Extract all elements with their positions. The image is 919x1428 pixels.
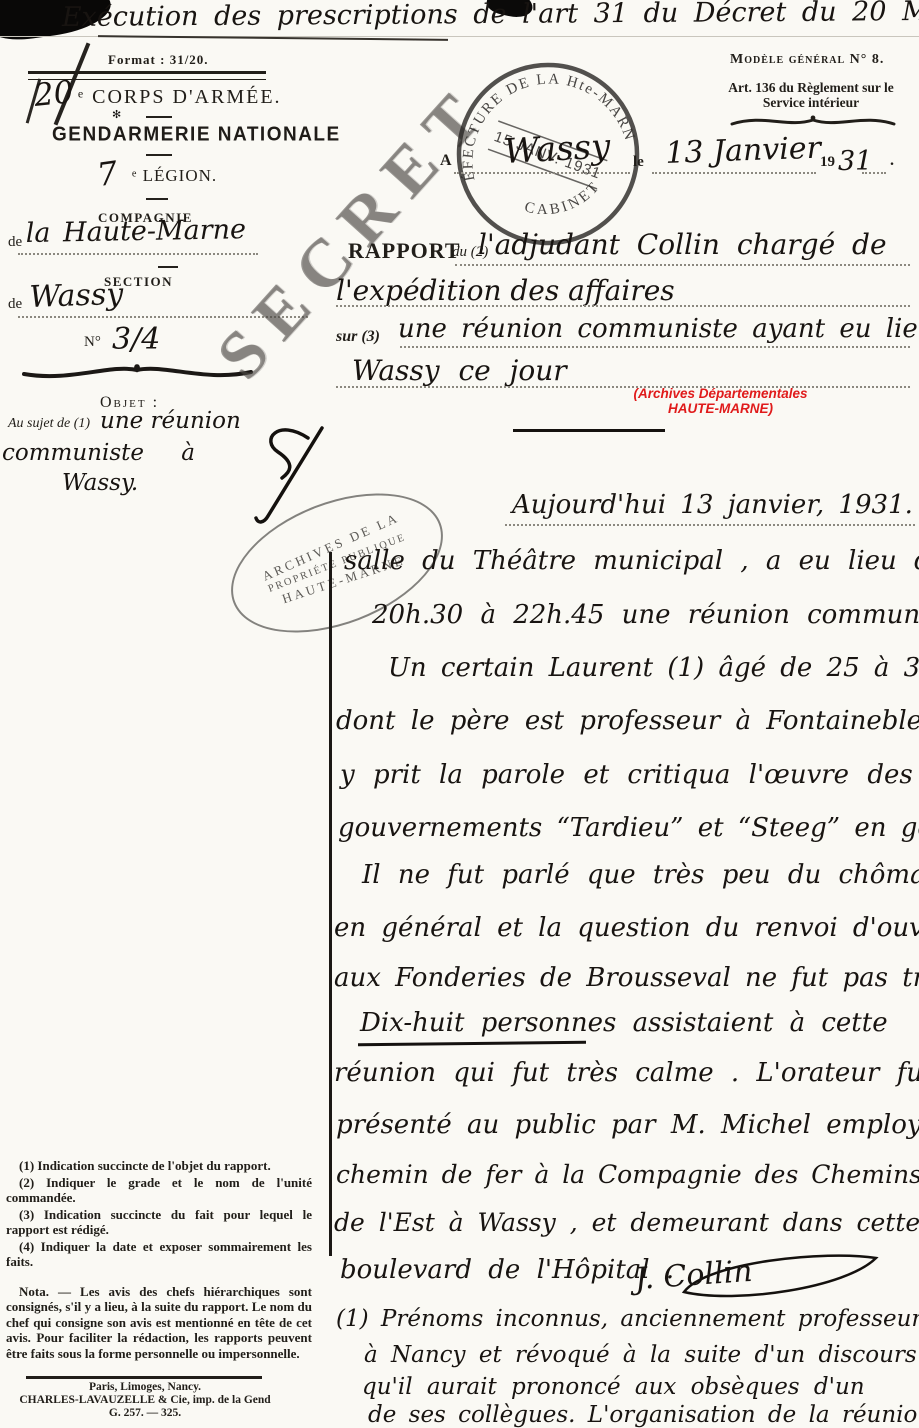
rapport-handwritten-line4: Wassy ce jour <box>352 354 567 387</box>
modele-label: Modèle général N° 8. <box>730 52 884 68</box>
manuscript-footnote-line3: qu'il aurait prononcé aux obsèques d'un <box>362 1374 865 1400</box>
dateline-ruled-3 <box>862 172 886 174</box>
section-ruled-line <box>18 316 308 318</box>
archives-overlay-line1: (Archives Départementales <box>628 386 813 401</box>
rapport-sur-label: sur (3) <box>336 328 380 346</box>
fleuron-mark: ✻ <box>112 108 121 121</box>
rapport-ruled-1 <box>455 264 910 266</box>
article-ref: Art. 136 du Règlement sur le Service int… <box>706 80 916 110</box>
body-line-5: dont le père est professeur à Fontainebl… <box>336 706 919 736</box>
printer-line1: Paris, Limoges, Nancy. <box>0 1381 290 1394</box>
legion-label: ᵉ LÉGION. <box>132 166 217 186</box>
separator-dash-4 <box>158 266 178 268</box>
objet-handwritten-line2: communiste à <box>2 440 195 466</box>
corps-label: ᵉ CORPS D'ARMÉE. <box>78 86 282 109</box>
rapport-handwritten-line1: l'adjudant Collin chargé de <box>478 228 887 261</box>
body-line-15: de l'Est à Wassy , et demeurant dans cet… <box>334 1208 919 1237</box>
short-solid-rule <box>513 429 665 432</box>
printer-rule <box>26 1376 262 1379</box>
rapport-handwritten-line3: une réunion communiste ayant eu lieu à <box>398 314 919 344</box>
body-line-11-underlined: Dix-huit personnes <box>360 1008 616 1038</box>
manuscript-footnote-line2: à Nancy et révoqué à la suite d'un disco… <box>364 1342 917 1368</box>
rapport-ruled-2 <box>336 305 910 307</box>
archives-overlay-note: (Archives Départementales HAUTE-MARNE) <box>628 386 813 416</box>
printer-line2: CHARLES-LAVAUZELLE & Cie, imp. de la Gen… <box>0 1394 290 1407</box>
body-line-6: y prit la parole et critiqua l'œuvre des <box>340 760 913 790</box>
rapport-ruled-4 <box>336 386 910 388</box>
body-line-4: Un certain Laurent (1) âgé de 25 à 30 an… <box>388 653 919 683</box>
manuscript-footnote-line1: (1) Prénoms inconnus, anciennement profe… <box>336 1306 919 1332</box>
swash-flourish-right <box>728 112 898 130</box>
separator-dash-3 <box>146 198 168 200</box>
rapport-ruled-3 <box>400 346 910 348</box>
compagnie-value-handwritten: la Haute-Marne <box>25 214 246 249</box>
compagnie-ruled-line <box>18 253 258 255</box>
objet-printed-prefix: Au sujet de (1) <box>8 416 90 432</box>
article-line2: Service intérieur <box>706 95 916 110</box>
body-line-11: Dix-huit personnes assistaient à cette <box>360 1008 888 1038</box>
objet-handwritten-line3: Wassy. <box>62 470 138 496</box>
dateline-ruled-2 <box>652 172 816 174</box>
body-line-10: aux Fonderies de Brousseval ne fut pas t… <box>334 963 919 993</box>
numero-value-handwritten: 3/4 <box>112 322 160 357</box>
body-line-11-rest: assistaient à cette <box>616 1008 887 1038</box>
compagnie-de-label: de <box>8 234 22 251</box>
body-line-7: gouvernements “Tardieu” et “Steeg” en gé… <box>338 813 919 843</box>
archives-overlay-line2: HAUTE-MARNE) <box>628 401 813 416</box>
footnote-2: (2) Indiquer le grade et le nom de l'uni… <box>6 1175 312 1206</box>
body-line-8: Il ne fut parlé que très peu du chômage <box>362 860 919 890</box>
footnote-1: (1) Indication succincte de l'objet du r… <box>6 1158 312 1174</box>
numero-label: N° <box>84 334 101 351</box>
separator-dash-2 <box>146 154 172 156</box>
legion-number-handwritten: 7 <box>95 154 120 194</box>
swash-flourish-left <box>20 360 255 382</box>
body-line-9: en général et la question du renvoi d'ou… <box>334 913 919 943</box>
dateline-at-label: A <box>440 152 452 170</box>
body-line-3: 20h.30 à 22h.45 une réunion communiste . <box>372 600 919 630</box>
body-line-12: réunion qui fut très calme . L'orateur f… <box>334 1058 919 1088</box>
article-line1: Art. 136 du Règlement sur le <box>706 80 916 95</box>
dateline-place-handwritten: Wassy <box>503 126 611 172</box>
rapport-title: RAPPORT <box>348 238 461 264</box>
dateline-year-printed: 19 <box>820 154 835 171</box>
separator-dash-1 <box>146 116 172 118</box>
format-label: Format : 31/20. <box>108 52 209 68</box>
section-de-label: de <box>8 296 22 313</box>
gendarmerie-title: GENDARMERIE NATIONALE <box>52 123 341 147</box>
prefecture-stamp-bottom-text: CABINET <box>519 176 608 228</box>
dix-huit-underline <box>358 1041 586 1046</box>
rapport-handwritten-line2: l'expédition des affaires <box>336 274 675 307</box>
printer-imprint: Paris, Limoges, Nancy. CHARLES-LAVAUZELL… <box>0 1381 290 1420</box>
section-value-handwritten: Wassy <box>29 277 124 315</box>
svg-text:CABINET: CABINET <box>519 176 608 228</box>
body-line-14: chemin de fer à la Compagnie des Chemins… <box>336 1160 919 1189</box>
body-line-13: présenté au public par M. Michel employé… <box>336 1110 919 1140</box>
dateline-ruled-1 <box>454 172 630 174</box>
dateline-period: . <box>890 152 894 170</box>
manuscript-footnote-line4: de ses collègues. L'organisation de la r… <box>368 1402 919 1428</box>
footnote-4: (4) Indiquer la date et exposer sommaire… <box>6 1239 312 1270</box>
dateline-daymonth-handwritten: 13 Janvier <box>665 131 822 171</box>
objet-handwritten-line1: une réunion <box>100 408 241 434</box>
printer-line3: G. 257. — 325. <box>0 1407 290 1420</box>
dateline-le-label: le <box>633 154 644 171</box>
printed-footnotes: (1) Indication succincte de l'objet du r… <box>6 1158 312 1362</box>
body-line-1-rule <box>505 524 915 526</box>
corps-number-handwritten: 20 <box>32 74 75 114</box>
manuscript-margin-line <box>329 552 332 1256</box>
top-annotation: Exécution des prescriptions de l'art 31 … <box>62 0 919 33</box>
body-line-16: boulevard de l'Hôpital . <box>340 1255 674 1285</box>
footnote-3: (3) Indication succincte du fait pour le… <box>6 1207 312 1238</box>
scanned-report-page: Exécution des prescriptions de l'art 31 … <box>0 0 919 1428</box>
body-line-2: salle du Théâtre municipal , a eu lieu d… <box>344 546 919 576</box>
nota-paragraph: Nota. — Les avis des chefs hiérarchiques… <box>6 1284 312 1362</box>
body-line-1: Aujourd'hui 13 janvier, 1931. <box>512 490 913 520</box>
